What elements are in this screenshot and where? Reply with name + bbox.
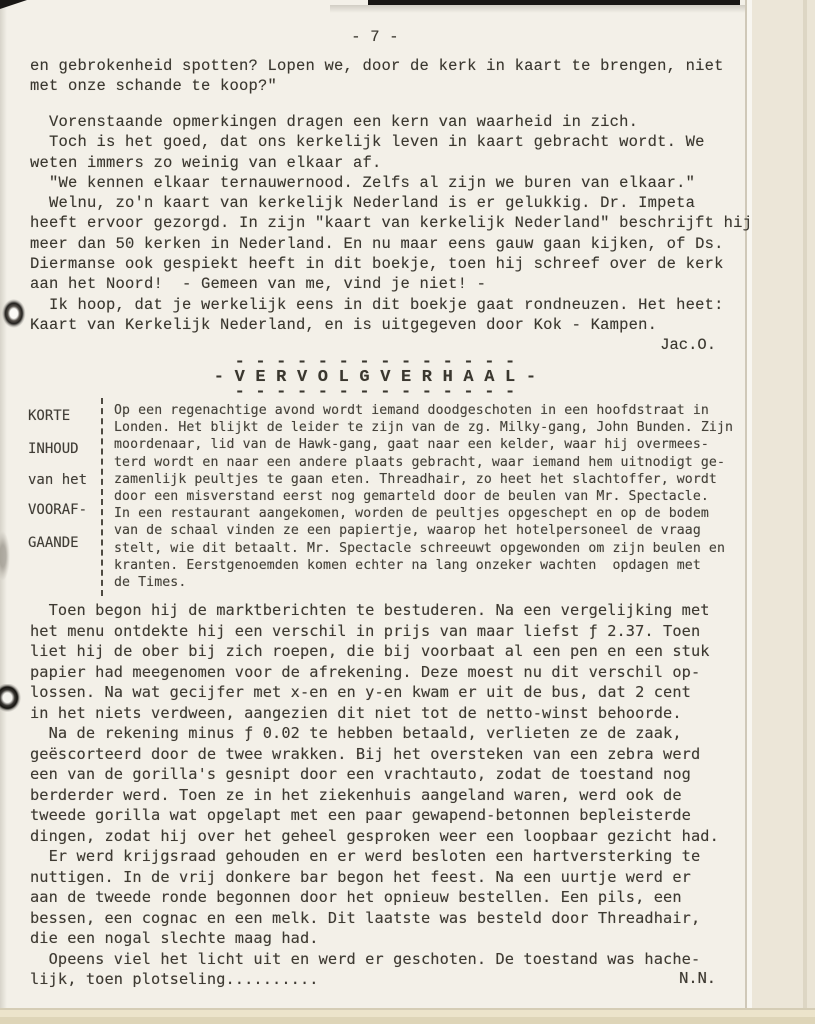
scan-corner-top-left [0,0,27,9]
document-page: - 7 - en gebrokenheid spotten? Lopen we,… [0,0,815,1024]
page-edge-bottom [0,1008,815,1024]
serial-heading-overline: - - - - - - - - - - - - - - [214,358,536,368]
recap-label-korte: KORTE [28,408,70,424]
recap-text: Op een regenachtige avond wordt iemand d… [114,402,733,591]
ink-blot-upper [0,295,30,337]
recap-section: KORTE INHOUD van het VOORAF- GAANDE Op e… [0,398,750,596]
recap-label-vooraf: VOORAF- [28,502,87,518]
serial-body: Toen begon hij de marktberichten te best… [30,600,719,990]
page-number: - 7 - [0,28,750,46]
serial-heading-underline: - - - - - - - - - - - - - - [214,388,536,398]
page-edge-right [745,0,815,1024]
serial-heading: - - - - - - - - - - - - - - - V E R V O … [0,358,750,398]
article-body: Vorenstaande opmerkingen dragen een kern… [30,112,752,335]
signature-jac-o: Jac.O. [660,336,716,354]
scan-edge-shadow-top [330,5,745,13]
article-quote-continuation: en gebrokenheid spotten? Lopen we, door … [30,56,724,97]
recap-label-gaande: GAANDE [28,535,79,551]
ink-blot-lower [0,684,26,722]
recap-label-inhoud: INHOUD [28,441,79,457]
recap-dashed-divider [101,398,103,596]
recap-label-van-het: van het [28,472,87,488]
signature-n-n: N.N. [679,969,716,987]
